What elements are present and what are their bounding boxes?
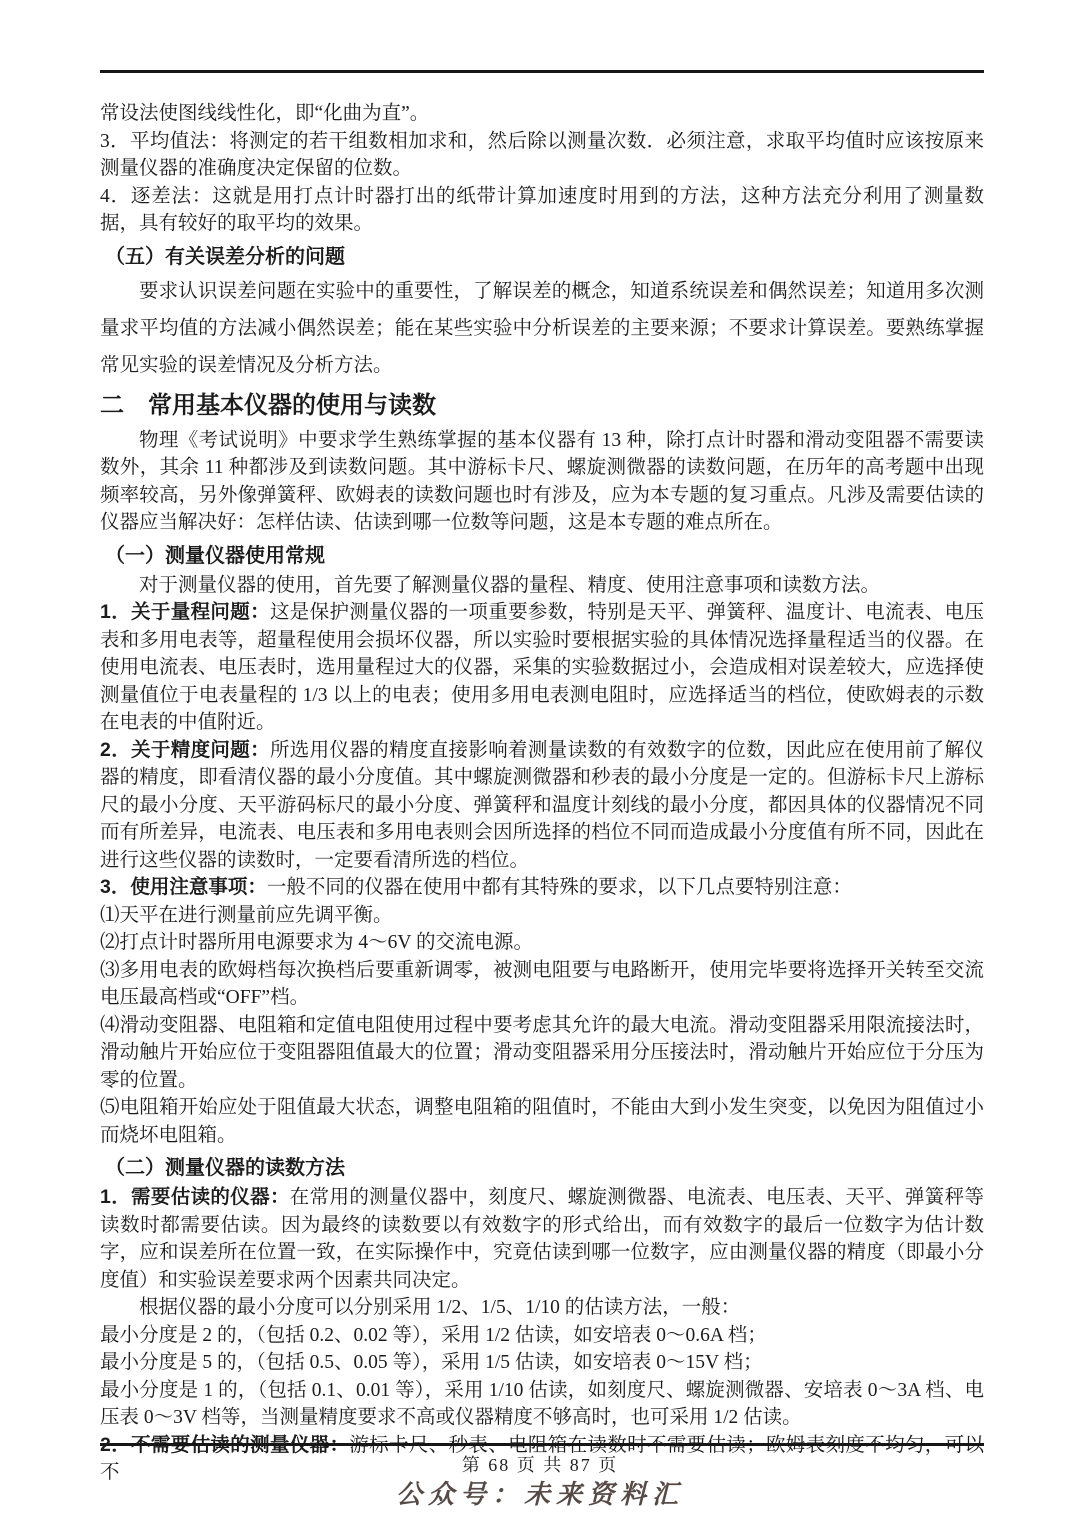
text-run: 一般不同的仪器在使用中都有其特殊的要求，以下几点要特别注意： xyxy=(267,877,852,898)
text-run: 4．逐差法：这就是用打点计时器打出的纸带计算加速度时用到的方法，这种方法充分利用… xyxy=(100,186,984,235)
paragraph: 物理《考试说明》中要求学生熟练掌握的基本仪器有 13 种，除打点计时器和滑动变阻… xyxy=(100,427,984,537)
paragraph: ⑷滑动变阻器、电阻箱和定值电阻使用过程中要考虑其允许的最大电流。滑动变阻器采用限… xyxy=(100,1012,984,1095)
paragraph: 1．需要估读的仪器：在常用的测量仪器中，刻度尺、螺旋测微器、电流表、电压表、天平… xyxy=(100,1184,984,1294)
paragraph: 最小分度是 1 的，（包括 0.1、0.01 等），采用 1/10 估读，如刻度… xyxy=(100,1377,984,1432)
section-heading: （五）有关误差分析的问题 xyxy=(100,242,984,272)
paragraph: 3．使用注意事项：一般不同的仪器在使用中都有其特殊的要求，以下几点要特别注意： xyxy=(100,874,984,902)
paragraph: ⑴天平在进行测量前应先调平衡。 xyxy=(100,902,984,930)
text-run: 最小分度是 1 的，（包括 0.1、0.01 等），采用 1/10 估读，如刻度… xyxy=(100,1380,984,1429)
text-run-bold: （一）测量仪器使用常规 xyxy=(105,545,325,567)
text-run: 最小分度是 5 的，（包括 0.5、0.05 等），采用 1/5 估读，如安培表… xyxy=(100,1352,763,1373)
text-run-bold: （五）有关误差分析的问题 xyxy=(105,246,345,268)
paragraph: 2．关于精度问题：所选用仪器的精度直接影响着测量读数的有效数字的位数，因此应在使… xyxy=(100,737,984,875)
text-run: 3．平均值法：将测定的若干组数相加求和，然后除以测量次数．必须注意，求取平均值时… xyxy=(100,131,984,180)
paragraph: 3．平均值法：将测定的若干组数相加求和，然后除以测量次数．必须注意，求取平均值时… xyxy=(100,128,984,183)
text-run-bold: 二 常用基本仪器的使用与读数 xyxy=(100,392,436,419)
bottom-rule xyxy=(100,1443,984,1446)
text-run-bold: 2．关于精度问题： xyxy=(100,739,270,761)
text-run: ⑵打点计时器所用电源要求为 4～6V 的交流电源。 xyxy=(100,932,533,953)
paragraph: 要求认识误差问题在实验中的重要性，了解误差的概念，知道系统误差和偶然误差；知道用… xyxy=(100,273,984,384)
section-heading: （二）测量仪器的读数方法 xyxy=(100,1153,984,1183)
paragraph: 4．逐差法：这就是用打点计时器打出的纸带计算加速度时用到的方法，这种方法充分利用… xyxy=(100,183,984,238)
paragraph: ⑶多用电表的欧姆档每次换档后要重新调零，被测电阻要与电路断开，使用完毕要将选择开… xyxy=(100,957,984,1012)
section-heading: （一）测量仪器使用常规 xyxy=(100,541,984,571)
document-page: 常设法使图线线性化，即“化曲为直”。3．平均值法：将测定的若干组数相加求和，然后… xyxy=(0,0,1080,1527)
text-run: 根据仪器的最小分度可以分别采用 1/2、1/5、1/10 的估读方法，一般： xyxy=(139,1297,740,1318)
paragraph: ⑸电阻箱开始应处于阻值最大状态，调整电阻箱的阻值时，不能由大到小发生突变，以免因… xyxy=(100,1094,984,1149)
text-run-bold: 1．关于量程问题： xyxy=(100,601,270,623)
text-run: 常设法使图线线性化，即“化曲为直”。 xyxy=(100,103,429,124)
document-body: 常设法使图线线性化，即“化曲为直”。3．平均值法：将测定的若干组数相加求和，然后… xyxy=(100,100,984,1487)
section-heading: 二 常用基本仪器的使用与读数 xyxy=(100,387,984,425)
text-run: 要求认识误差问题在实验中的重要性，了解误差的概念，知道系统误差和偶然误差；知道用… xyxy=(100,281,984,376)
paragraph: ⑵打点计时器所用电源要求为 4～6V 的交流电源。 xyxy=(100,929,984,957)
text-run: 物理《考试说明》中要求学生熟练掌握的基本仪器有 13 种，除打点计时器和滑动变阻… xyxy=(100,430,984,534)
text-run: 对于测量仪器的使用，首先要了解测量仪器的量程、精度、使用注意事项和读数方法。 xyxy=(139,575,880,596)
text-run: ⑷滑动变阻器、电阻箱和定值电阻使用过程中要考虑其允许的最大电流。滑动变阻器采用限… xyxy=(100,1015,984,1091)
text-run-bold: 3．使用注意事项： xyxy=(100,876,267,898)
paragraph: 最小分度是 5 的，（包括 0.5、0.05 等），采用 1/5 估读，如安培表… xyxy=(100,1349,984,1377)
text-run: ⑶多用电表的欧姆档每次换档后要重新调零，被测电阻要与电路断开，使用完毕要将选择开… xyxy=(100,960,984,1009)
text-run: 最小分度是 2 的，（包括 0.2、0.02 等），采用 1/2 估读，如安培表… xyxy=(100,1325,767,1346)
paragraph: 最小分度是 2 的，（包括 0.2、0.02 等），采用 1/2 估读，如安培表… xyxy=(100,1322,984,1350)
paragraph: 1．关于量程问题：这是保护测量仪器的一项重要参数，特别是天平、弹簧秤、温度计、电… xyxy=(100,599,984,737)
paragraph: 根据仪器的最小分度可以分别采用 1/2、1/5、1/10 的估读方法，一般： xyxy=(100,1294,984,1322)
text-run-bold: 1．需要估读的仪器： xyxy=(100,1186,290,1208)
watermark-text: 公众号：未来资料汇 xyxy=(0,1474,1080,1511)
text-run: ⑸电阻箱开始应处于阻值最大状态，调整电阻箱的阻值时，不能由大到小发生突变，以免因… xyxy=(100,1097,984,1146)
text-run-bold: （二）测量仪器的读数方法 xyxy=(105,1157,345,1179)
top-rule xyxy=(100,70,984,73)
paragraph: 常设法使图线线性化，即“化曲为直”。 xyxy=(100,100,984,128)
text-run: ⑴天平在进行测量前应先调平衡。 xyxy=(100,905,393,926)
paragraph: 对于测量仪器的使用，首先要了解测量仪器的量程、精度、使用注意事项和读数方法。 xyxy=(100,572,984,600)
